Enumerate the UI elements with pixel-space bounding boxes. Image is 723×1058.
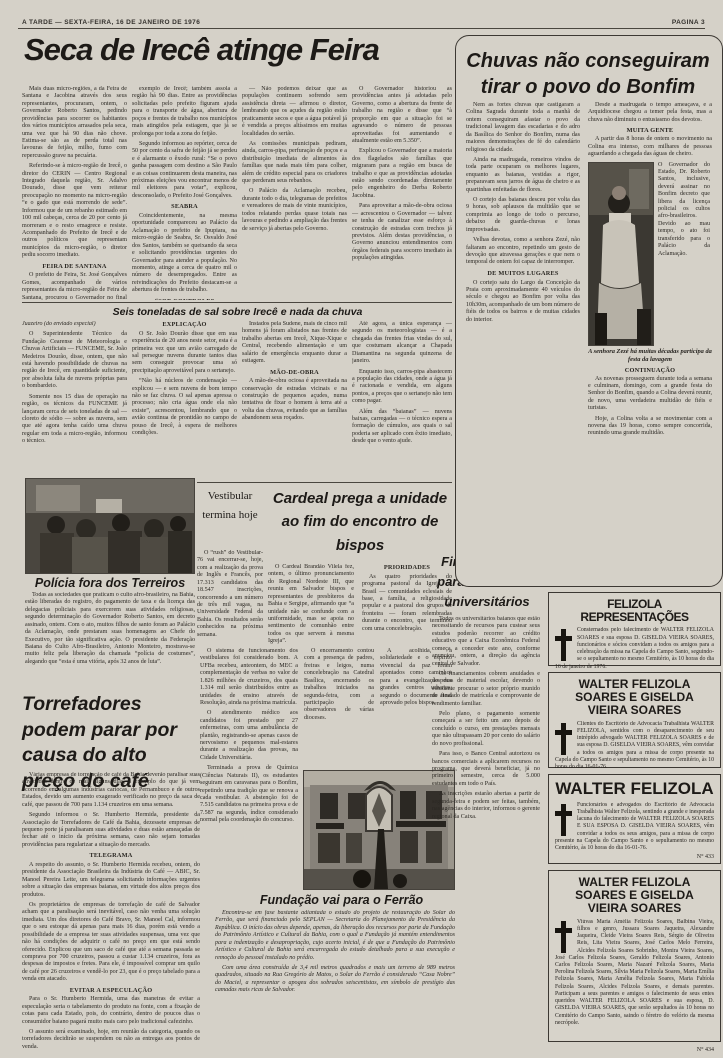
vestibular-body: O “rush” do Vestibular-76 vai encerrar-s… <box>197 550 263 644</box>
ad-title: WALTER FELIZOLA SOARES E GISELDA VIEIRA … <box>555 678 714 718</box>
paragraph: Velhas devotas, como a senhora Zezé, não… <box>466 237 580 267</box>
ad-title: FELIZOLA REPRESENTAÇÕES <box>555 598 714 624</box>
paragraph: O sistema de funcionamento dos vestibula… <box>200 648 298 707</box>
newspaper-page: A TARDE — SEXTA-FEIRA, 16 DE JANEIRO DE … <box>0 0 723 1058</box>
paragraph: O Governador do Estado, Dr. Roberto Sant… <box>658 162 710 258</box>
paragraph: O prefeito de Feira, Sr. José Gonçalves … <box>22 272 127 300</box>
paragraph: Os proprietários de empresas de torrefaç… <box>22 902 200 984</box>
ad-body: Funcionários e advogados do Escritório d… <box>555 802 714 852</box>
ad-felizola-representacoes: FELIZOLA REPRESENTAÇÕES Consternados pel… <box>548 592 721 666</box>
paragraph: A respeito do assunto, o Sr. Humberto He… <box>22 862 200 899</box>
byline: Juazeiro (do enviado especial) <box>22 321 127 328</box>
ferrao-body: Encontra-se em fase bastante adiantada o… <box>215 910 455 1050</box>
paragraph: Instados pela Sudene, mais de cinco mil … <box>242 321 347 366</box>
paragraph: O Sr. João Dourão disse que em sua exper… <box>132 331 237 376</box>
seca-col1: Mais duas micro-regiões, a da Feira de S… <box>22 86 127 300</box>
paragraph: Desde a madrugada o tempo ameaçava, e a … <box>588 102 712 124</box>
paragraph: Encontra-se em fase bastante adiantada o… <box>215 910 455 962</box>
subhead: EXPLICAÇÃO <box>132 321 237 329</box>
paragraph: O cortejo saiu do Largo da Conceição da … <box>466 280 580 325</box>
paragraph: O encerramento contou com a presença de … <box>304 648 374 722</box>
subhead: CONTINUAÇÃO <box>588 367 712 374</box>
policia-body: Todas as sociedades que praticam o culto… <box>25 592 195 688</box>
paragraph: Nem as fortes chuvas que castigaram a Co… <box>466 102 580 154</box>
subhead: TELEGRAMA <box>22 852 200 860</box>
paragraph: Para o Sr. Humberto Hermida, uma das man… <box>22 996 200 1026</box>
page-number: PAGINA 3 <box>672 19 705 26</box>
seca-col2: exemplo de Irecê; também assola a região… <box>132 86 237 300</box>
paragraph: As novenas prosseguem durante toda a sem… <box>588 376 712 413</box>
paragraph: Até agora, a única esperança — segundo o… <box>352 321 452 366</box>
paragraph: Para isso, o Banco Central autorizou os … <box>432 751 540 788</box>
sal-headline: Seis toneladas de sal sobre Irecê e nada… <box>40 306 435 318</box>
policia-headline: Polícia fora dos Terreiros <box>25 576 195 590</box>
ad-body: Clientes do Escritório de Advocacia Trab… <box>555 721 714 772</box>
paragraph: O Superintendente Técnico da Fundação Ce… <box>22 331 127 390</box>
paragraph: Referindo-se à micro-região de Irecê, o … <box>22 163 127 259</box>
paragraph: “Não há núcleos de condensação — explico… <box>132 378 237 437</box>
paragraph: O assunto será examinado, hoje, em reuni… <box>22 1029 200 1050</box>
financiamento-body: Todos os universitários baianos que estã… <box>432 616 540 1050</box>
ad-walter-giselda-1: WALTER FELIZOLA SOARES E GISELDA VIEIRA … <box>548 672 721 768</box>
bonfim-photo-caption: A senhora Zezé há muitas décadas partici… <box>588 348 712 364</box>
paragraph: O cortejo das baianas desceu por volta d… <box>466 197 580 234</box>
vestibular-continuation: O sistema de funcionamento dos vestibula… <box>200 648 298 886</box>
subhead: DE MUITOS LUGARES <box>466 270 580 278</box>
paragraph: Segundo informou ao repórter, cerca de 5… <box>132 141 237 200</box>
paragraph: Todos os universitários baianos que estã… <box>432 616 540 668</box>
bonfim-headline: Chuvas não conseguiram tirar o povo do B… <box>466 48 710 100</box>
paragraph: Coincidentemente, na mesma oportunidade … <box>132 213 237 295</box>
paragraph: Enquanto isso, carros-pipa abastecem a p… <box>352 369 452 406</box>
cardeal-col1: O Cardeal Brandão Vilela fez, ontem, o ú… <box>268 564 354 644</box>
paragraph: Terminada a prova de Química (Ciências N… <box>200 765 298 824</box>
cardeal-continuation-1: O encerramento contou com a presença de … <box>304 648 374 764</box>
paragraph: Os financiamentos cobrem anuidades e des… <box>432 671 540 708</box>
paragraph: Ainda na madrugada, romeiros vindos de t… <box>466 157 580 194</box>
cross-icon <box>555 804 572 836</box>
subhead: MUITA GENTE <box>588 127 712 134</box>
subhead: SEABRA <box>132 203 237 211</box>
subhead: MÃO-DE-OBRA <box>242 369 347 377</box>
ad-walter-giselda-2: WALTER FELIZOLA SOARES E GISELDA VIEIRA … <box>548 870 721 1042</box>
paragraph: Segundo informou o Sr. Humberto Hermida,… <box>22 812 200 849</box>
section-rule <box>22 302 452 303</box>
paragraph: As inscrições estarão abertas a partir d… <box>432 791 540 821</box>
bonfim-box: Chuvas não conseguiram tirar o povo do B… <box>455 35 723 587</box>
seca-col4: O Governador historiou as providências a… <box>352 86 452 300</box>
masthead-rule <box>18 28 705 29</box>
paragraph: — Não podemos deixar que as populações c… <box>242 86 347 138</box>
ad-title: WALTER FELIZOLA <box>555 780 714 799</box>
paragraph: A partir das 8 horas de ontem o moviment… <box>588 136 712 158</box>
bonfim-colA: Nem as fortes chuvas que castigaram a Co… <box>466 102 580 576</box>
bonfim-colB: Desde a madrugada o tempo ameaçava, e a … <box>588 102 712 576</box>
terreiros-photo <box>25 478 195 574</box>
sal-col4: Até agora, a única esperança — segundo o… <box>352 321 452 479</box>
sal-col2: EXPLICAÇÃO O Sr. João Dourão disse que e… <box>132 321 237 479</box>
paragraph: O Cardeal Brandão Vilela fez, ontem, o ú… <box>268 564 354 644</box>
ad-ref: N° 434 <box>555 1047 714 1053</box>
ad-body: Consternados pelo falecimento de WALTER … <box>555 627 714 670</box>
paragraph: Todas as sociedades que praticam o culto… <box>25 592 195 666</box>
paragraph: exemplo de Irecê; também assola a região… <box>132 86 237 138</box>
paragraph: Além das “baianas” — nuvens baixas, carr… <box>352 409 452 446</box>
ad-body: Viúvas Maria Amélia Felizola Soares, Bal… <box>555 919 714 1028</box>
section-rule <box>197 482 452 483</box>
paragraph: A mão-de-obra ociosa é aproveitada na co… <box>242 378 347 423</box>
bonfim-photo <box>588 162 654 346</box>
paragraph: Explicou o Governador que a maioria dos … <box>352 148 452 200</box>
masthead: A TARDE — SEXTA-FEIRA, 16 DE JANEIRO DE … <box>22 19 200 26</box>
vestibular-headline: Vestibular termina hoje <box>197 487 263 526</box>
paragraph: O “rush” do Vestibular-76 vai encerrar-s… <box>197 550 263 639</box>
paragraph: Para aproveitar a mão-de-obra ociosa — a… <box>352 203 452 262</box>
sal-col3: Instados pela Sudene, mais de cinco mil … <box>242 321 347 479</box>
paragraph: O Governador historiou as providências a… <box>352 86 452 145</box>
ad-title: WALTER FELIZOLA SOARES E GISELDA VIEIRA … <box>555 876 714 916</box>
paragraph: Somente nos 15 dias de operação na regiã… <box>22 394 127 446</box>
cross-icon <box>555 921 572 953</box>
cross-icon <box>555 723 572 755</box>
torrefadores-body: Várias empresas de torrefação de café da… <box>22 772 200 1050</box>
paragraph: Hoje, a Colina volta a se movimentar com… <box>588 416 712 438</box>
paragraph: Várias empresas de torrefação de café da… <box>22 772 200 809</box>
paragraph: O Palácio da Aclamação recebeu, durante … <box>242 188 347 233</box>
ad-walter-felizola: WALTER FELIZOLA Funcionários e advogados… <box>548 774 721 864</box>
ad-ref: N° 433 <box>555 854 714 860</box>
seca-col3: — Não podemos deixar que as populações c… <box>242 86 347 300</box>
subhead: EVITAR A ESPECULAÇÃO <box>22 987 200 995</box>
ferrao-headline: Fundação vai para o Ferrão <box>228 893 455 907</box>
paragraph: Mais duas micro-regiões, a da Feira de S… <box>22 86 127 160</box>
paragraph: Com uma área construída de 3,4 mil metro… <box>215 965 455 995</box>
cross-icon <box>555 629 572 661</box>
cardeal-headline: Cardeal prega a unidade ao fim do encont… <box>268 487 452 557</box>
paragraph: O atendimento médico aos candidatos foi … <box>200 710 298 762</box>
seca-headline: Seca de Irecê atinge Feira <box>24 32 454 68</box>
paragraph: As comissões municipais pediram, ainda, … <box>242 141 347 186</box>
subhead: “SOB CONTROLE” <box>132 298 237 300</box>
sal-col1: Juazeiro (do enviado especial) O Superin… <box>22 321 127 479</box>
paragraph: Pelo plano, o pagamento somente começará… <box>432 711 540 748</box>
subhead: FEIRA DE SANTANA <box>22 263 127 271</box>
